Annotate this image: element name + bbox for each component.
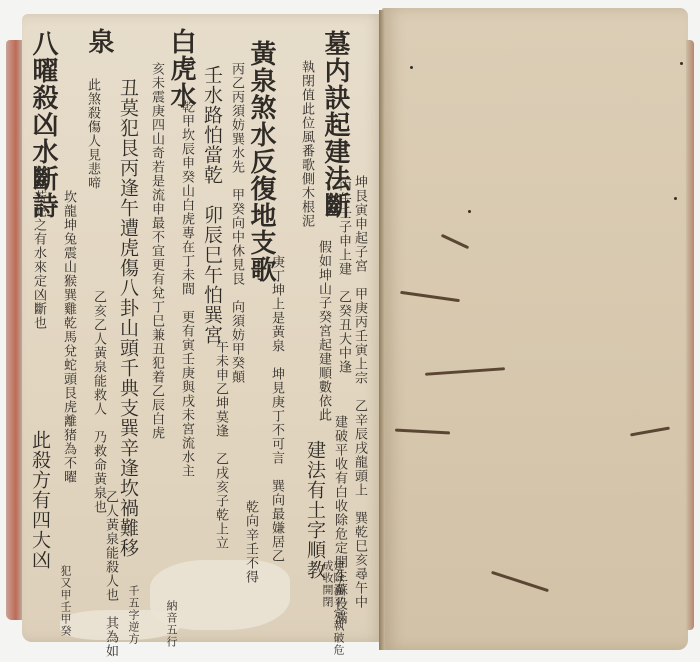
- heading-column: 此殺方有四大凶: [30, 430, 49, 570]
- paper-speck: [410, 66, 413, 69]
- text-column: 乾向辛壬不得: [244, 500, 257, 584]
- text-column: 坤艮寅申起子宮 甲庚丙壬寅上宗 乙辛辰戌龍頭上 巽乾巳亥尋午中: [353, 175, 366, 609]
- text-column: 庚丁坤上是黃泉 坤見庚丁不可言 巽向最嫌居乙: [270, 255, 283, 563]
- right-cover-edge: [686, 40, 694, 630]
- title-column: 泉: [86, 28, 112, 55]
- open-manuscript: 墓内訣起建法斷 執閉值此位風番歌側木根泥 坤艮寅申起子宮 甲庚丙壬寅上宗 乙辛辰…: [0, 0, 700, 662]
- heading-column: 建法有土字順教: [305, 440, 324, 580]
- text-column: 乙人黃泉能殺人也 其為如: [104, 490, 117, 658]
- text-column: 納音五行: [166, 600, 177, 648]
- spine-gutter: [379, 10, 385, 650]
- text-column: 壬水路怕當乾 卯辰巳午怕巽宮: [202, 65, 221, 345]
- text-column: 丙乙丙須妨巽水先 甲癸向中休見艮 向須妨甲癸顛: [230, 62, 243, 384]
- torn-paper-patch: [60, 610, 180, 640]
- paper-speck: [680, 62, 683, 65]
- text-column: 犯又甲壬甲癸: [60, 565, 71, 637]
- text-column: 此煞殺傷人見悲啼: [86, 78, 99, 190]
- text-column: 千五字逆方: [128, 585, 139, 645]
- text-column: 坎龍坤兔震山猴巽雞乾馬兌蛇頭艮虎離猪為不曜: [62, 190, 75, 484]
- text-column: 丑莫犯艮丙逢午遭虎傷八卦山頭千典支巽辛逢坎禍難移: [118, 78, 137, 558]
- title-column: 黃泉煞水反復地支歌: [248, 40, 274, 283]
- text-column: 執閉值此位風番歌側木根泥: [300, 60, 313, 228]
- paper-speck: [674, 197, 677, 200]
- text-column: 午未申乙坤莫逢 乙戌亥子乾上立: [214, 340, 227, 550]
- text-column: 若犯之有水來定凶斷也: [32, 190, 45, 330]
- text-column: 假如坤山子癸宮起建順數依此: [317, 240, 330, 422]
- title-column: 白虎水: [168, 28, 194, 109]
- paper-speck: [468, 210, 471, 213]
- text-column: 丙午壬子申上建 乙癸丑大中逢: [337, 178, 350, 374]
- text-column: 乾甲坎辰申癸山白虎專在丁未間 更有寅壬庚與戌未宮流水主: [180, 100, 193, 478]
- text-column: 乙亥乙人黃泉能救人 乃救命黃泉也: [92, 290, 105, 514]
- right-page-blank: [382, 8, 688, 650]
- text-column: 建除滿平定執破危成收開閉: [322, 560, 344, 662]
- text-column: 亥未震庚四山奇若是流申最不宜更有兌丁巳兼丑犯着乙辰白虎: [150, 62, 163, 440]
